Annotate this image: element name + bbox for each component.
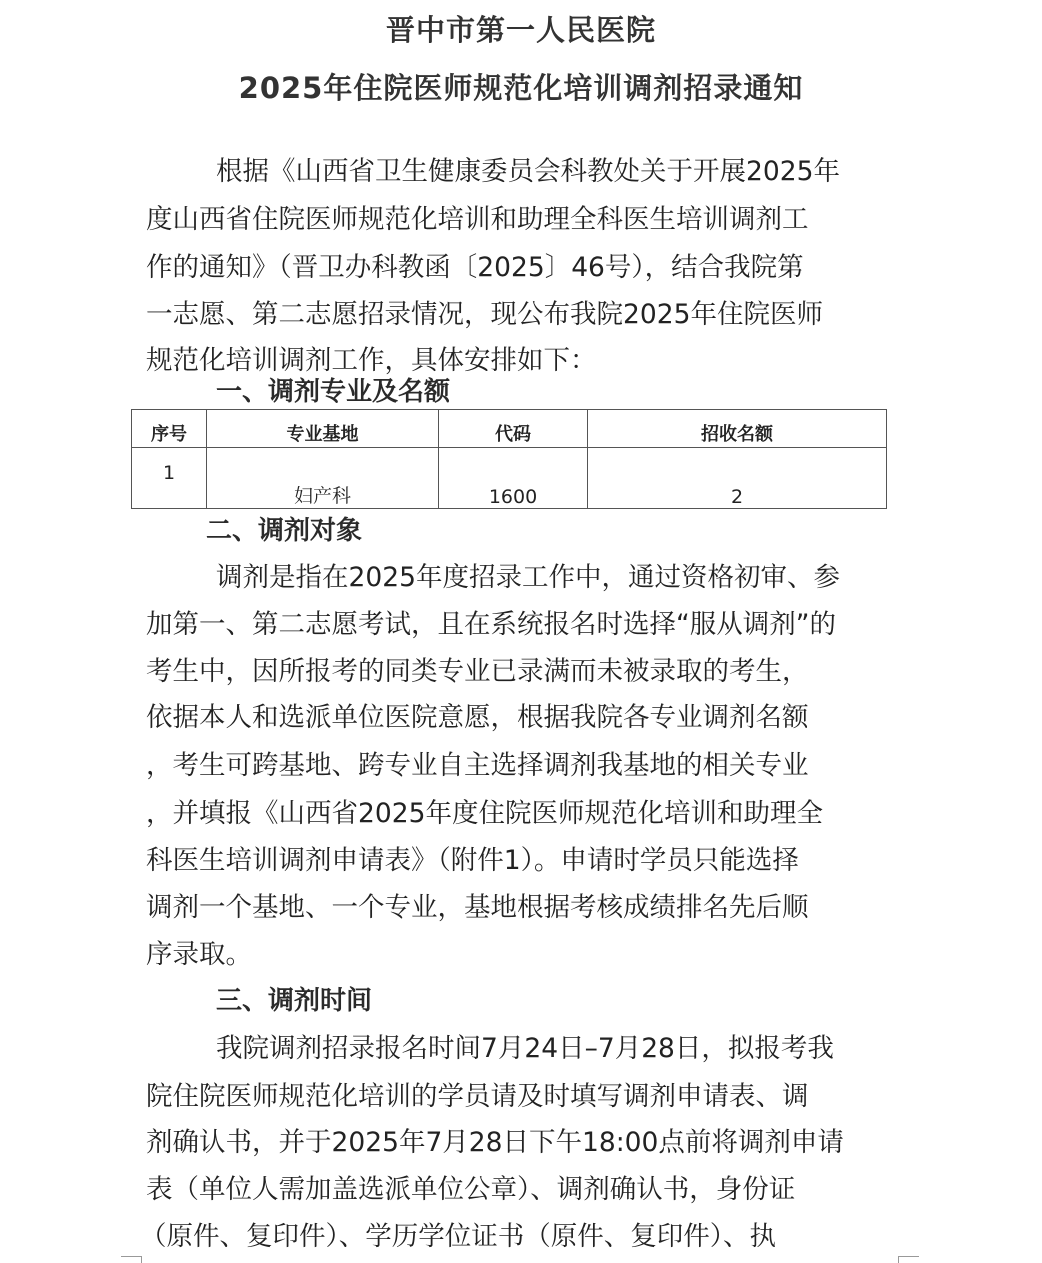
cell-seq: 1: [132, 448, 207, 509]
header-cell-quota: 招收名额: [588, 410, 887, 448]
paragraph-line: 调剂一个基地、一个专业，基地根据考核成绩排名先后顺: [146, 890, 809, 926]
paragraph-line: 调剂是指在2025年度招录工作中，通过资格初审、参: [216, 560, 840, 596]
page-margin-mark-left: [121, 1256, 142, 1263]
table-header-row: 序号 专业基地 代码 招收名额: [132, 410, 887, 448]
paragraph-line: 加第一、第二志愿考试，且在系统报名时选择“服从调剂”的: [146, 607, 836, 643]
paragraph-line: 度山西省住院医师规范化培训和助理全科医生培训调剂工: [146, 202, 809, 238]
paragraph-line: ，并填报《山西省2025年度住院医师规范化培训和助理全: [146, 796, 823, 832]
paragraph-line: 科医生培训调剂申请表》（附件1）。申请时学员只能选择: [146, 843, 799, 879]
page-margin-mark-right: [898, 1256, 919, 1263]
header-cell-seq: 序号: [132, 410, 207, 448]
cell-quota: 2: [588, 448, 887, 509]
section-heading-target: 二、调剂对象: [206, 513, 362, 549]
paragraph-line: 作的通知》（晋卫办科教函〔2025〕46号），结合我院第: [146, 250, 804, 286]
header-cell-specialty: 专业基地: [207, 410, 439, 448]
paragraph-line: （原件、复印件）、学历学位证书（原件、复印件）、执: [140, 1219, 776, 1255]
paragraph-line: 剂确认书，并于2025年7月28日下午18:00点前将调剂申请: [146, 1125, 844, 1161]
cell-specialty: 妇产科: [207, 448, 439, 509]
paragraph-line: 依据本人和选派单位医院意愿，根据我院各专业调剂名额: [146, 700, 809, 736]
paragraph-line: 序录取。: [146, 937, 252, 973]
paragraph-line: 表（单位人需加盖选派单位公章）、调剂确认书，身份证: [146, 1172, 795, 1208]
hospital-name-title: 晋中市第一人民医院: [0, 10, 1042, 50]
table-row: 1 妇产科 1600 2: [132, 448, 887, 509]
quota-table: 序号 专业基地 代码 招收名额 1 妇产科 1600 2: [131, 409, 887, 509]
section-heading-time: 三、调剂时间: [216, 983, 372, 1019]
paragraph-line: 一志愿、第二志愿招录情况，现公布我院2025年住院医师: [146, 297, 823, 333]
paragraph-line: 考生中，因所报考的同类专业已录满而未被录取的考生，: [146, 654, 809, 690]
paragraph-line: ，考生可跨基地、跨专业自主选择调剂我基地的相关专业: [146, 748, 809, 784]
cell-code: 1600: [439, 448, 588, 509]
paragraph-line: 我院调剂招录报名时间7月24日–7月28日，拟报考我: [216, 1031, 834, 1067]
section-heading-quota: 一、调剂专业及名额: [216, 374, 450, 410]
paragraph-line: 根据《山西省卫生健康委员会科教处关于开展2025年: [216, 154, 840, 190]
notice-title: 2025年住院医师规范化培训调剂招录通知: [0, 68, 1042, 108]
paragraph-line: 院住院医师规范化培训的学员请及时填写调剂申请表、调: [146, 1079, 809, 1115]
header-cell-code: 代码: [439, 410, 588, 448]
